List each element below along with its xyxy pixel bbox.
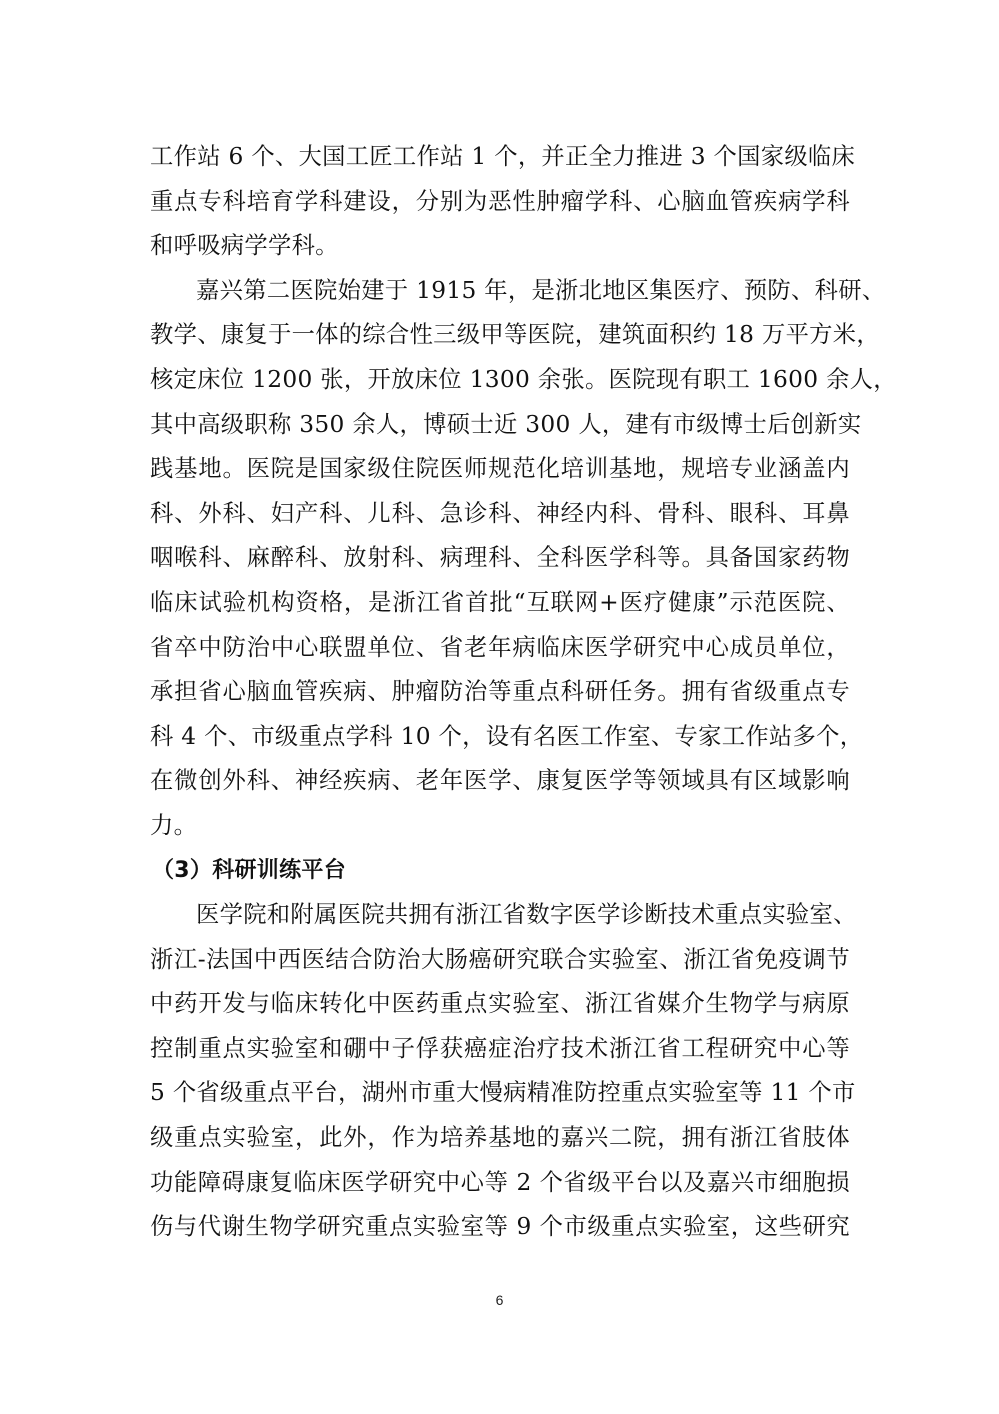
body-line: 5 个省级重点平台，湖州市重大慢病精准防控重点实验室等 11 个市 <box>150 1071 850 1116</box>
body-line: 控制重点实验室和硼中子俘获癌症治疗技术浙江省工程研究中心等 <box>150 1027 850 1072</box>
body-line: 承担省心脑血管疾病、肿瘤防治等重点科研任务。拥有省级重点专 <box>150 670 850 715</box>
document-page: 工作站 6 个、大国工匠工作站 1 个，并正全力推进 3 个国家级临床 重点专科… <box>0 0 999 1414</box>
section-heading: （3）科研训练平台 <box>150 849 850 894</box>
body-line: 其中高级职称 350 余人，博硕士近 300 人，建有市级博士后创新实 <box>150 403 850 448</box>
body-line: 力。 <box>150 804 850 849</box>
body-line: 中药开发与临床转化中医药重点实验室、浙江省媒介生物学与病原 <box>150 982 850 1027</box>
body-line: 临床试验机构资格，是浙江省首批“互联网+医疗健康”示范医院、 <box>150 581 850 626</box>
body-line: 在微创外科、神经疾病、老年医学、康复医学等领域具有区域影响 <box>150 759 850 804</box>
body-line: 功能障碍康复临床医学研究中心等 2 个省级平台以及嘉兴市细胞损 <box>150 1161 850 1206</box>
paragraph-start-line: 嘉兴第二医院始建于 1915 年，是浙北地区集医疗、预防、科研、 <box>150 269 850 314</box>
body-line: 咽喉科、麻醉科、放射科、病理科、全科医学科等。具备国家药物 <box>150 536 850 581</box>
body-line: 科、外科、妇产科、儿科、急诊科、神经内科、骨科、眼科、耳鼻 <box>150 492 850 537</box>
page-number: 6 <box>0 1292 999 1308</box>
body-line: 省卒中防治中心联盟单位、省老年病临床医学研究中心成员单位， <box>150 626 850 671</box>
body-line: 重点专科培育学科建设，分别为恶性肿瘤学科、心脑血管疾病学科 <box>150 180 850 225</box>
body-line: 科 4 个、市级重点学科 10 个，设有名医工作室、专家工作站多个， <box>150 715 850 760</box>
paragraph-start-line: 医学院和附属医院共拥有浙江省数字医学诊断技术重点实验室、 <box>150 893 850 938</box>
body-line: 核定床位 1200 张，开放床位 1300 余张。医院现有职工 1600 余人， <box>150 358 850 403</box>
body-line: 伤与代谢生物学研究重点实验室等 9 个市级重点实验室，这些研究 <box>150 1205 850 1250</box>
page-body: 工作站 6 个、大国工匠工作站 1 个，并正全力推进 3 个国家级临床 重点专科… <box>150 135 850 1250</box>
body-line: 浙江-法国中西医结合防治大肠癌研究联合实验室、浙江省免疫调节 <box>150 938 850 983</box>
body-line: 教学、康复于一体的综合性三级甲等医院，建筑面积约 18 万平方米， <box>150 313 850 358</box>
body-line: 工作站 6 个、大国工匠工作站 1 个，并正全力推进 3 个国家级临床 <box>150 135 850 180</box>
body-line: 级重点实验室，此外，作为培养基地的嘉兴二院，拥有浙江省肢体 <box>150 1116 850 1161</box>
body-line: 和呼吸病学学科。 <box>150 224 850 269</box>
body-line: 践基地。医院是国家级住院医师规范化培训基地，规培专业涵盖内 <box>150 447 850 492</box>
